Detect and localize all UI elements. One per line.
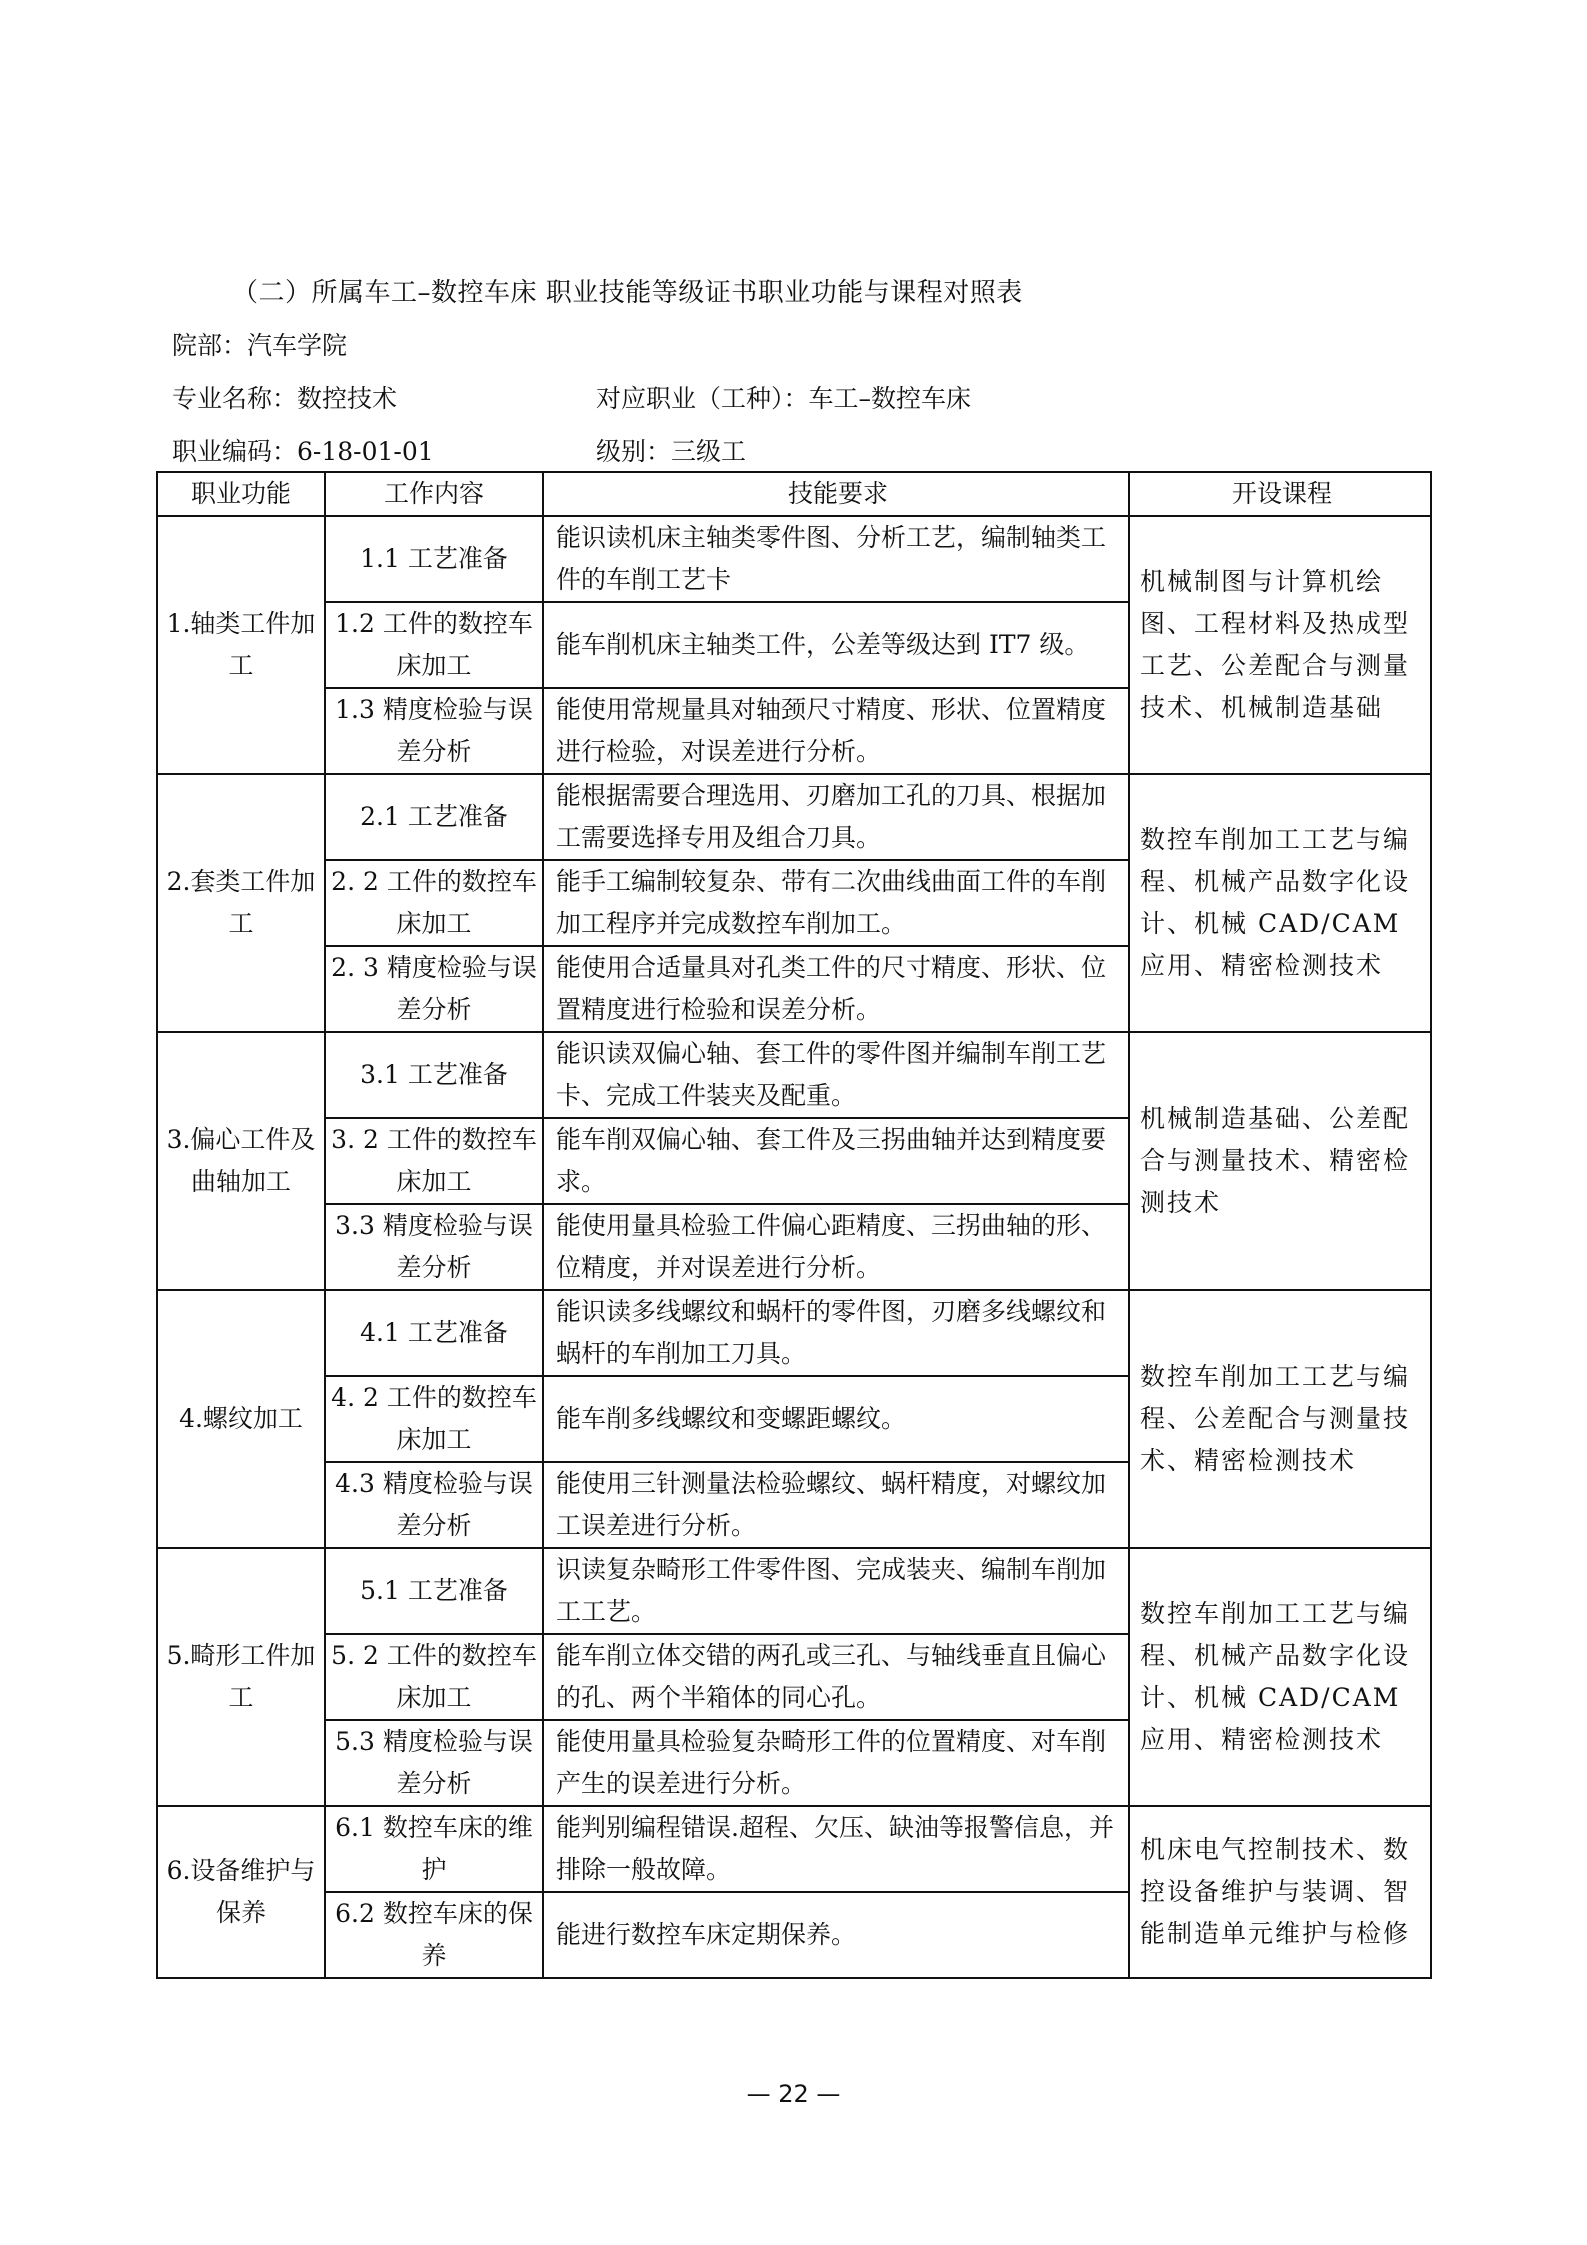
- function-course-table: 职业功能 工作内容 技能要求 开设课程 1.轴类工件加工1.1 工艺准备能识读机…: [156, 471, 1432, 1979]
- header-content: 工作内容: [325, 472, 543, 516]
- work-content-cell: 4.1 工艺准备: [325, 1290, 543, 1376]
- skill-requirement-cell: 能手工编制较复杂、带有二次曲线曲面工件的车削加工程序并完成数控车削加工。: [543, 860, 1129, 946]
- work-content-cell: 4.3 精度检验与误差分析: [325, 1462, 543, 1548]
- courses-cell: 数控车削加工工艺与编程、机械产品数字化设计、机械 CAD/CAM 应用、精密检测…: [1129, 1548, 1431, 1806]
- occupation-code-label: 职业编码：6-18-01-01: [172, 432, 434, 468]
- department-label: 院部：汽车学院: [172, 326, 347, 362]
- function-cell: 3.偏心工件及曲轴加工: [157, 1032, 325, 1290]
- function-cell: 1.轴类工件加工: [157, 516, 325, 774]
- work-content-cell: 6.2 数控车床的保养: [325, 1892, 543, 1978]
- header-function: 职业功能: [157, 472, 325, 516]
- skill-requirement-cell: 能车削双偏心轴、套工件及三拐曲轴并达到精度要求。: [543, 1118, 1129, 1204]
- major-label: 专业名称：数控技术: [172, 379, 397, 415]
- skill-requirement-cell: 识读复杂畸形工件零件图、完成装夹、编制车削加工工艺。: [543, 1548, 1129, 1634]
- work-content-cell: 1.1 工艺准备: [325, 516, 543, 602]
- courses-cell: 机械制图与计算机绘图、工程材料及热成型工艺、公差配合与测量技术、机械制造基础: [1129, 516, 1431, 774]
- level-label: 级别：三级工: [596, 432, 746, 468]
- table-row: 2.套类工件加工2.1 工艺准备能根据需要合理选用、刃磨加工孔的刀具、根据加工需…: [157, 774, 1431, 860]
- skill-requirement-cell: 能使用量具检验复杂畸形工件的位置精度、对车削产生的误差进行分析。: [543, 1720, 1129, 1806]
- skill-requirement-cell: 能识读机床主轴类零件图、分析工艺，编制轴类工件的车削工艺卡: [543, 516, 1129, 602]
- work-content-cell: 5.1 工艺准备: [325, 1548, 543, 1634]
- header-requirement: 技能要求: [543, 472, 1129, 516]
- skill-requirement-cell: 能识读多线螺纹和蜗杆的零件图，刃磨多线螺纹和蜗杆的车削加工刀具。: [543, 1290, 1129, 1376]
- work-content-cell: 2.1 工艺准备: [325, 774, 543, 860]
- table-row: 4.螺纹加工4.1 工艺准备能识读多线螺纹和蜗杆的零件图，刃磨多线螺纹和蜗杆的车…: [157, 1290, 1431, 1376]
- occupation-label: 对应职业（工种）：车工–数控车床: [596, 379, 971, 415]
- skill-requirement-cell: 能判别编程错误.超程、欠压、缺油等报警信息，并排除一般故障。: [543, 1806, 1129, 1892]
- work-content-cell: 1.2 工件的数控车床加工: [325, 602, 543, 688]
- skill-requirement-cell: 能车削多线螺纹和变螺距螺纹。: [543, 1376, 1129, 1462]
- courses-cell: 数控车削加工工艺与编程、公差配合与测量技术、精密检测技术: [1129, 1290, 1431, 1548]
- skill-requirement-cell: 能根据需要合理选用、刃磨加工孔的刀具、根据加工需要选择专用及组合刀具。: [543, 774, 1129, 860]
- skill-requirement-cell: 能车削机床主轴类工件，公差等级达到 IT7 级。: [543, 602, 1129, 688]
- work-content-cell: 5.3 精度检验与误差分析: [325, 1720, 543, 1806]
- work-content-cell: 1.3 精度检验与误差分析: [325, 688, 543, 774]
- skill-requirement-cell: 能使用常规量具对轴颈尺寸精度、形状、位置精度进行检验，对误差进行分析。: [543, 688, 1129, 774]
- skill-requirement-cell: 能进行数控车床定期保养。: [543, 1892, 1129, 1978]
- document-title: （二）所属车工–数控车床 职业技能等级证书职业功能与课程对照表: [232, 272, 1023, 309]
- courses-cell: 机械制造基础、公差配合与测量技术、精密检测技术: [1129, 1032, 1431, 1290]
- table-row: 5.畸形工件加工5.1 工艺准备识读复杂畸形工件零件图、完成装夹、编制车削加工工…: [157, 1548, 1431, 1634]
- header-courses: 开设课程: [1129, 472, 1431, 516]
- table-row: 3.偏心工件及曲轴加工3.1 工艺准备能识读双偏心轴、套工件的零件图并编制车削工…: [157, 1032, 1431, 1118]
- skill-requirement-cell: 能识读双偏心轴、套工件的零件图并编制车削工艺卡、完成工件装夹及配重。: [543, 1032, 1129, 1118]
- work-content-cell: 3.3 精度检验与误差分析: [325, 1204, 543, 1290]
- function-cell: 6.设备维护与 保养: [157, 1806, 325, 1978]
- skill-requirement-cell: 能使用量具检验工件偏心距精度、三拐曲轴的形、位精度，并对误差进行分析。: [543, 1204, 1129, 1290]
- work-content-cell: 2. 3 精度检验与误差分析: [325, 946, 543, 1032]
- skill-requirement-cell: 能车削立体交错的两孔或三孔、与轴线垂直且偏心的孔、两个半箱体的同心孔。: [543, 1634, 1129, 1720]
- table-header-row: 职业功能 工作内容 技能要求 开设课程: [157, 472, 1431, 516]
- function-cell: 5.畸形工件加工: [157, 1548, 325, 1806]
- work-content-cell: 3.1 工艺准备: [325, 1032, 543, 1118]
- courses-cell: 数控车削加工工艺与编程、机械产品数字化设计、机械 CAD/CAM 应用、精密检测…: [1129, 774, 1431, 1032]
- skill-requirement-cell: 能使用三针测量法检验螺纹、蜗杆精度，对螺纹加工误差进行分析。: [543, 1462, 1129, 1548]
- table-row: 6.设备维护与 保养6.1 数控车床的维护能判别编程错误.超程、欠压、缺油等报警…: [157, 1806, 1431, 1892]
- work-content-cell: 2. 2 工件的数控车床加工: [325, 860, 543, 946]
- work-content-cell: 5. 2 工件的数控车床加工: [325, 1634, 543, 1720]
- function-cell: 4.螺纹加工: [157, 1290, 325, 1548]
- work-content-cell: 6.1 数控车床的维护: [325, 1806, 543, 1892]
- work-content-cell: 4. 2 工件的数控车床加工: [325, 1376, 543, 1462]
- skill-requirement-cell: 能使用合适量具对孔类工件的尺寸精度、形状、位置精度进行检验和误差分析。: [543, 946, 1129, 1032]
- function-cell: 2.套类工件加工: [157, 774, 325, 1032]
- page-number: — 22 —: [0, 2080, 1587, 2108]
- courses-cell: 机床电气控制技术、数控设备维护与装调、智能制造单元维护与检修: [1129, 1806, 1431, 1978]
- work-content-cell: 3. 2 工件的数控车床加工: [325, 1118, 543, 1204]
- table-row: 1.轴类工件加工1.1 工艺准备能识读机床主轴类零件图、分析工艺，编制轴类工件的…: [157, 516, 1431, 602]
